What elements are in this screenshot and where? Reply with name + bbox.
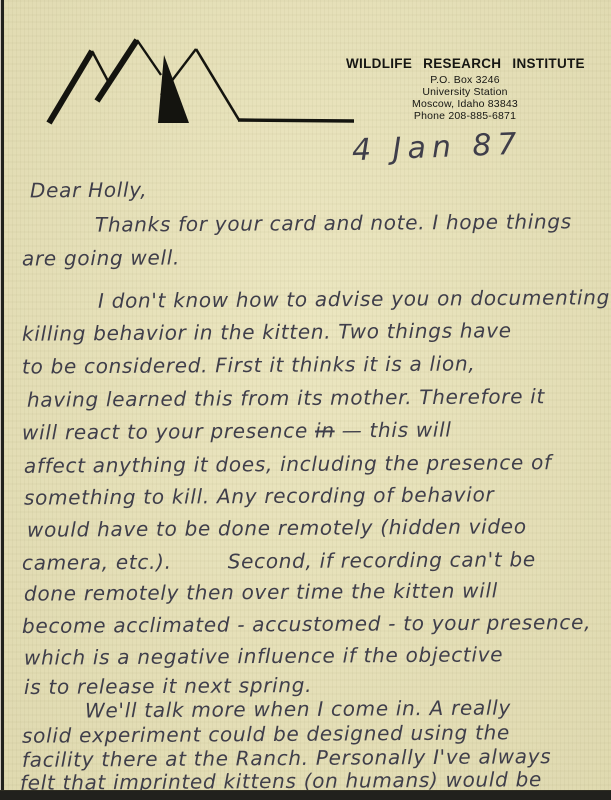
letter-line: killing behavior in the kitten. Two thin… bbox=[22, 318, 512, 345]
scan-edge-left bbox=[0, 0, 4, 800]
scan-edge-bottom bbox=[0, 790, 611, 800]
letter-text: will react to your presence bbox=[22, 418, 315, 444]
letter-line: solid experiment could be designed using… bbox=[22, 720, 510, 747]
letter-line: Dear Holly, bbox=[30, 178, 147, 203]
letter-line: affect anything it does, including the p… bbox=[24, 450, 552, 478]
letter-line: would have to be done remotely (hidden v… bbox=[27, 514, 527, 541]
letter-text: having learned this from its mother. The… bbox=[27, 384, 545, 412]
letter-text: — this will bbox=[335, 418, 452, 443]
letter-line: having learned this from its mother. The… bbox=[27, 384, 545, 412]
letter-line: something to kill. Any recording of beha… bbox=[24, 482, 495, 509]
letter-line: become acclimated - accustomed - to your… bbox=[22, 610, 591, 638]
letter-text: affect anything it does, including the p… bbox=[24, 450, 552, 478]
letterhead: WILDLIFE RESEARCH INSTITUTE P.O. Box 324… bbox=[352, 56, 578, 122]
letter-text: to be considered. First it thinks it is … bbox=[22, 351, 476, 378]
letter-text: become acclimated - accustomed - to your… bbox=[22, 610, 591, 638]
letter-text: Thanks for your card and note. I hope th… bbox=[95, 209, 572, 236]
letter-text: done remotely then over time the kitten … bbox=[24, 578, 498, 605]
struck-word: in bbox=[315, 418, 335, 442]
letter-text: Second, if recording can't be bbox=[228, 547, 536, 573]
letter-text: solid experiment could be designed using… bbox=[22, 720, 510, 747]
scanned-letter-page: WILDLIFE RESEARCH INSTITUTE P.O. Box 324… bbox=[0, 0, 611, 800]
letter-line: to be considered. First it thinks it is … bbox=[22, 351, 476, 378]
letterhead-address-line: P.O. Box 3246 bbox=[352, 74, 578, 86]
letter-line: I don't know how to advise you on docume… bbox=[98, 285, 610, 313]
letter-text: something to kill. Any recording of beha… bbox=[24, 482, 495, 509]
letter-text: Dear Holly, bbox=[30, 178, 147, 203]
letter-text: would have to be done remotely (hidden v… bbox=[27, 514, 527, 541]
letter-line: will react to your presence in — this wi… bbox=[22, 418, 452, 445]
mountain-range-logo-icon bbox=[28, 38, 368, 133]
letter-line: done remotely then over time the kitten … bbox=[24, 578, 498, 605]
letter-text: are going well. bbox=[22, 245, 180, 270]
letter-text: killing behavior in the kitten. Two thin… bbox=[22, 318, 512, 345]
letter-text: which is a negative influence if the obj… bbox=[24, 642, 503, 669]
letter-text: We'll talk more when I come in. A really bbox=[85, 696, 511, 723]
letter-line: is to release it next spring. bbox=[24, 673, 312, 699]
letterhead-address-line: University Station bbox=[352, 86, 578, 98]
letter-text: I don't know how to advise you on docume… bbox=[98, 285, 610, 313]
letterhead-address-line: Moscow, Idaho 83843 bbox=[352, 98, 578, 110]
org-name: WILDLIFE RESEARCH INSTITUTE bbox=[346, 56, 578, 71]
letter-line: which is a negative influence if the obj… bbox=[24, 642, 503, 669]
letter-line: Thanks for your card and note. I hope th… bbox=[95, 209, 572, 236]
handwritten-date: 4 Jan 87 bbox=[351, 127, 523, 169]
letter-line: We'll talk more when I come in. A really bbox=[85, 696, 511, 723]
letter-line: camera, etc.).Second, if recording can't… bbox=[22, 547, 536, 575]
letter-text: is to release it next spring. bbox=[24, 673, 312, 699]
letter-text: camera, etc.). bbox=[22, 550, 172, 575]
letter-line: are going well. bbox=[22, 245, 180, 270]
letterhead-address-line: Phone 208-885-6871 bbox=[352, 110, 578, 122]
letterhead-address: P.O. Box 3246University StationMoscow, I… bbox=[352, 74, 578, 122]
